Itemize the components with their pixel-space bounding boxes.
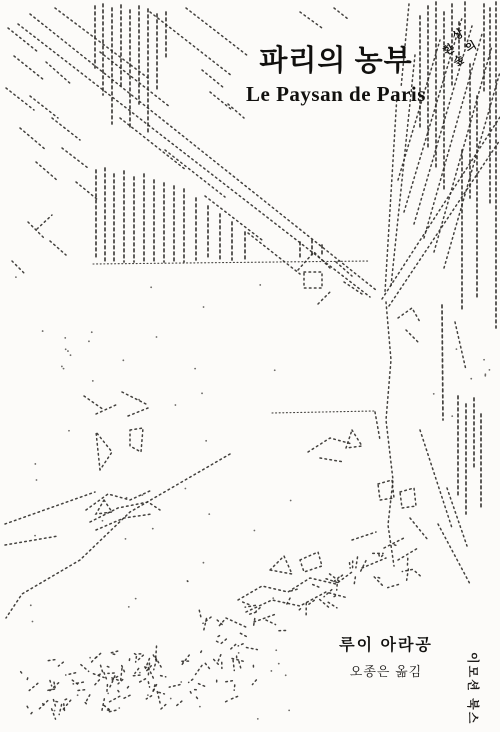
- book-title-french: Le Paysan de Paris: [226, 82, 446, 107]
- title-block: 파리의 농부 Le Paysan de Paris: [226, 46, 446, 107]
- author-name: 루이 아라공: [286, 632, 486, 655]
- series-char: 상: [451, 28, 466, 43]
- series-char: 의: [464, 40, 479, 55]
- cover-illustration: [0, 0, 500, 732]
- translator-credit: 오종은 옮김: [286, 661, 486, 680]
- book-cover: 환 상 의 숲 파리의 농부 Le Paysan de Paris 루이 아라공…: [0, 0, 500, 732]
- publisher-name: 이모션 북스: [466, 652, 482, 724]
- author-block: 루이 아라공 오종은 옮김: [286, 632, 486, 680]
- book-title-korean: 파리의 농부: [226, 46, 446, 76]
- series-char: 숲: [452, 54, 467, 69]
